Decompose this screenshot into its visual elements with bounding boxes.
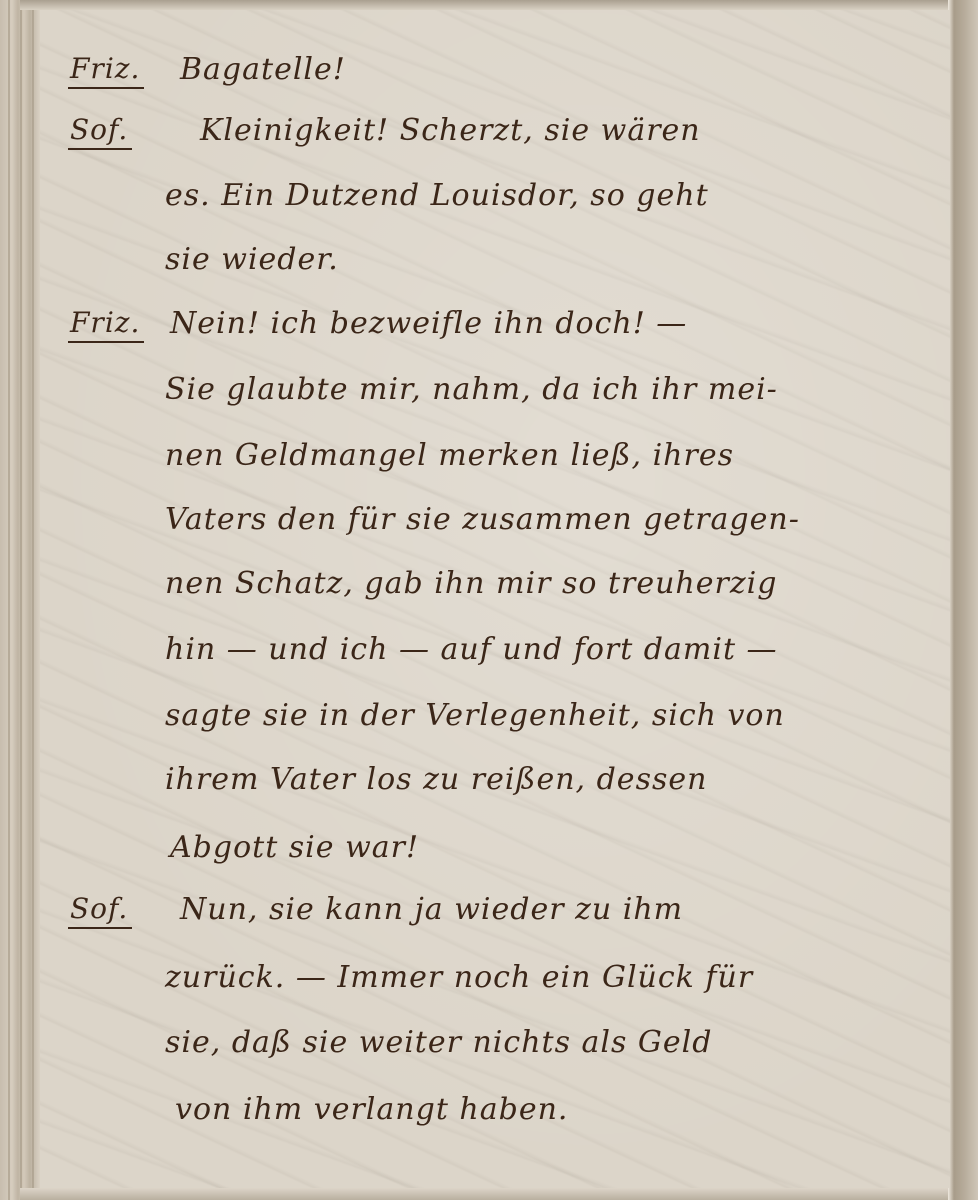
handwritten-text-block: Friz. Bagatelle! Sof. Kleinigkeit! Scher…: [40, 10, 950, 1188]
manuscript-page: Friz. Bagatelle! Sof. Kleinigkeit! Scher…: [40, 10, 950, 1188]
line-text: sie wieder.: [165, 242, 339, 277]
line-text: Vaters den für sie zusammen getragen-: [165, 502, 800, 537]
binding-rule: [8, 0, 10, 1200]
line-text: Sie glaubte mir, nahm, da ich ihr mei-: [165, 372, 778, 407]
speaker-name: Friz.: [68, 52, 144, 89]
speaker-name: Friz.: [68, 306, 144, 343]
line-text: nen Geldmangel merken ließ, ihres: [165, 438, 734, 473]
manuscript-scan: Friz. Bagatelle! Sof. Kleinigkeit! Scher…: [0, 0, 978, 1200]
line-text: Bagatelle!: [180, 52, 346, 87]
line-text: es. Ein Dutzend Louisdor, so geht: [165, 178, 709, 213]
page-right-edge: [948, 0, 978, 1200]
page-bottom-edge: [20, 1188, 953, 1200]
line-text: sagte sie in der Verlegenheit, sich von: [165, 698, 785, 733]
line-text: von ihm verlangt haben.: [175, 1092, 568, 1127]
speaker-name: Sof.: [68, 113, 132, 150]
line-text: Kleinigkeit! Scherzt, sie wären: [200, 113, 701, 148]
binding-rule: [32, 0, 34, 1200]
binding-rule: [20, 0, 22, 1200]
line-text: sie, daß sie weiter nichts als Geld: [165, 1025, 712, 1060]
line-text: Nein! ich bezweifle ihn doch! —: [170, 306, 687, 341]
line-text: nen Schatz, gab ihn mir so treuherzig: [165, 566, 777, 601]
line-text: ihrem Vater los zu reißen, dessen: [165, 762, 707, 797]
line-text: Abgott sie war!: [170, 830, 419, 865]
page-top-edge: [20, 0, 953, 10]
line-text: zurück. — Immer noch ein Glück für: [165, 960, 753, 995]
line-text: hin — und ich — auf und fort damit —: [165, 632, 778, 667]
speaker-name: Sof.: [68, 892, 132, 929]
book-binding-left: [0, 0, 40, 1200]
line-text: Nun, sie kann ja wieder zu ihm: [180, 892, 683, 927]
